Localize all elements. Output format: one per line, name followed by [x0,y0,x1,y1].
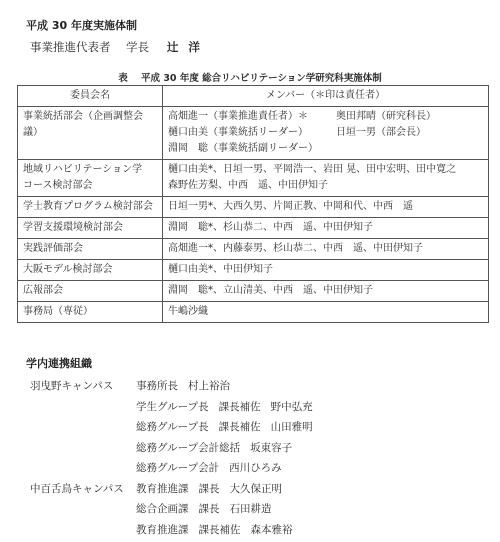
committee-name: 地域リハビリテーション学 コース検討部会 [18,160,163,197]
liaison-row: 総務グループ会計総括坂東容子 [30,438,323,459]
liaison-row: 総合企画課課長石田耕造 [30,499,323,520]
members-line: 森野佐芳梨、中西 遥、中田伊知子 [168,178,483,194]
person: 村上裕治 [188,380,230,392]
member: 樋口由美（事業統括リーダー） [168,125,336,141]
section-heading-implementation: 平成 30 年度実施体制 [26,17,137,33]
table-row: 事業統括部会（企画調整会議） 高畑進一（事業推進責任者）＊奥田邦晴（研究科長） … [18,107,489,160]
committee-name: 学士教育プログラム検討部会 [18,197,163,218]
title: 総務グループ長 [136,421,209,433]
person: 坂東容子 [250,442,292,454]
title: 事務所長 [136,380,178,392]
liaison-entry: 総合企画課課長石田耕造 [136,499,282,520]
caption-title: 平成 30 年度 総合リハビリテーション学研究科実施体制 [141,73,382,84]
committee-members: 樋口由美*、中田伊知子 [163,260,489,281]
campus-name [30,397,136,418]
member: 高畑進一（事業推進責任者）＊ [168,109,336,125]
title: 課長補佐 [219,421,261,433]
caption-label: 表 [118,73,128,84]
table-header-row: 委員会名 メンバー（＊印は責任者） [18,86,489,107]
table-row: 実践評価部会 高畑進一*、内藤泰男、杉山恭二、中西 遥、中田伊知子 [18,239,489,260]
campus-name [30,499,136,520]
table-row: 地域リハビリテーション学 コース検討部会 樋口由美*、日垣一男、平岡浩一、岩田 … [18,160,489,197]
committee-name: 大阪モデル検討部会 [18,260,163,281]
liaison-entry: 総務グループ会計西川ひろみ [136,458,292,479]
person: 山田雅明 [271,421,313,433]
person: 大久保正明 [230,483,283,495]
title: 教育推進課 [136,483,189,495]
committee-name: 実践評価部会 [18,239,163,260]
table-row: 事務局（専従） 牛嶋沙織 [18,302,489,323]
title: 学生グループ長 [136,401,209,413]
person: 野中弘充 [271,401,313,413]
representative-name: 辻 洋 [167,40,203,54]
liaison-row: 羽曳野キャンパス事務所長村上裕治 [30,376,323,397]
committee-members: 淵岡 聡*、杉山恭二、中西 遥、中田伊知子 [163,218,489,239]
committee-members: 高畑進一*、内藤泰男、杉山恭二、中西 遥、中田伊知子 [163,239,489,260]
title: 総務グループ会計総括 [136,442,240,454]
committee-name: 学習支援環境検討部会 [18,218,163,239]
liaison-row: 学生グループ長課長補佐野中弘充 [30,397,323,418]
table-caption: 表 平成 30 年度 総合リハビリテーション学研究科実施体制 [0,70,500,84]
representative-label: 事業推進代表者 [30,40,111,54]
title: 課長補佐 [219,401,261,413]
campus-name: 羽曳野キャンパス [30,376,136,397]
table-row: 大阪モデル検討部会 樋口由美*、中田伊知子 [18,260,489,281]
person: 西川ひろみ [229,462,282,474]
liaison-entry: 事務所長村上裕治 [136,376,240,397]
member: 日垣一男（部会長） [336,125,426,141]
liaison-entry: 学生グループ長課長補佐野中弘充 [136,397,323,418]
committee-name-line: 地域リハビリテーション学 [23,162,157,178]
representative-role: 学長 [126,40,149,54]
liaison-row: 中百舌鳥キャンパス教育推進課課長大久保正明 [30,479,323,500]
committee-table: 委員会名 メンバー（＊印は責任者） 事業統括部会（企画調整会議） 高畑進一（事業… [17,85,489,323]
liaison-entry: 総務グループ長課長補佐山田雅明 [136,417,323,438]
title: 課長 [199,483,220,495]
section-heading-liaison: 学内連携組織 [26,355,92,371]
campus-name: 中百舌鳥キャンパス [30,479,136,500]
person: 石田耕造 [230,503,272,515]
campus-name [30,458,136,479]
header-committee: 委員会名 [18,86,163,107]
liaison-entry: 教育推進課課長補佐森本雅裕 [136,520,303,541]
campus-name [30,520,136,541]
member: 奥田邦晴（研究科長） [336,109,436,125]
title: 総合企画課 [136,503,189,515]
liaison-entry: 総務グループ会計総括坂東容子 [136,438,302,459]
liaison-row: 教育推進課課長補佐森本雅裕 [30,520,323,541]
title: 総務グループ会計 [136,462,219,474]
committee-name-line: コース検討部会 [23,178,157,194]
liaison-row: 総務グループ長課長補佐山田雅明 [30,417,323,438]
title: 教育推進課 [136,524,189,536]
committee-members: 牛嶋沙織 [163,302,489,323]
committee-members: 樋口由美*、日垣一男、平岡浩一、岩田 晃、田中宏明、田中寛之 森野佐芳梨、中西 … [163,160,489,197]
campus-name [30,417,136,438]
title: 課長 [199,503,220,515]
title: 課長補佐 [199,524,241,536]
committee-name: 広報部会 [18,281,163,302]
member: 淵岡 聡（事業統括副リーダー） [168,141,336,157]
committee-members: 高畑進一（事業推進責任者）＊奥田邦晴（研究科長） 樋口由美（事業統括リーダー）日… [163,107,489,160]
liaison-row: 総務グループ会計西川ひろみ [30,458,323,479]
liaison-entry: 教育推進課課長大久保正明 [136,479,292,500]
committee-name: 事業統括部会（企画調整会議） [18,107,163,160]
table-row: 学習支援環境検討部会 淵岡 聡*、杉山恭二、中西 遥、中田伊知子 [18,218,489,239]
liaison-list: 羽曳野キャンパス事務所長村上裕治 学生グループ長課長補佐野中弘充 総務グループ長… [30,376,323,540]
committee-members: 日垣一男*、大西久男、片岡正教、中岡和代、中西 遥 [163,197,489,218]
person: 森本雅裕 [251,524,293,536]
representative-line: 事業推進代表者 学長 辻 洋 [30,39,203,55]
table-row: 学士教育プログラム検討部会 日垣一男*、大西久男、片岡正教、中岡和代、中西 遥 [18,197,489,218]
committee-name: 事務局（専従） [18,302,163,323]
committee-members: 淵岡 聡*、立山清美、中西 遥、中田伊知子 [163,281,489,302]
header-members: メンバー（＊印は責任者） [163,86,489,107]
members-line: 樋口由美*、日垣一男、平岡浩一、岩田 晃、田中宏明、田中寛之 [168,162,483,178]
campus-name [30,438,136,459]
table-row: 広報部会 淵岡 聡*、立山清美、中西 遥、中田伊知子 [18,281,489,302]
